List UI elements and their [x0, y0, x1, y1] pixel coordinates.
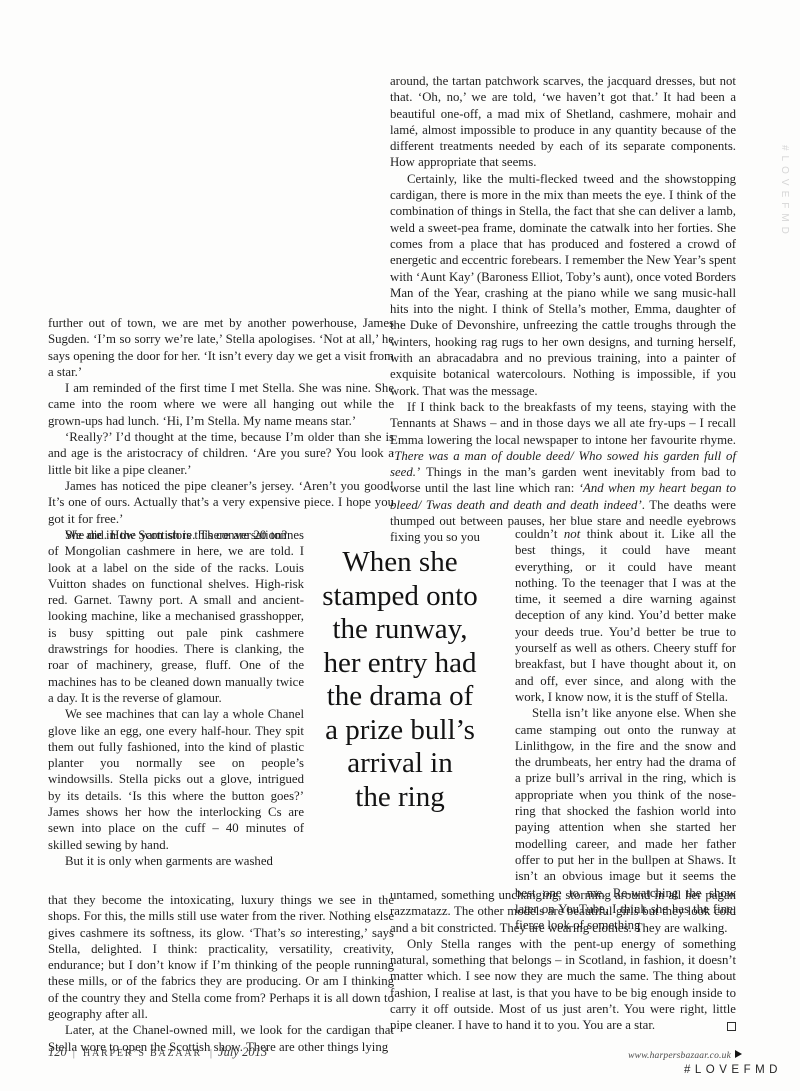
- magazine-title: HARPER’S BAZAAR: [83, 1048, 202, 1059]
- paragraph: But it is only when garments are washed: [48, 853, 304, 869]
- end-of-article-mark: [727, 1022, 736, 1031]
- paragraph: Certainly, like the multi-flecked tweed …: [390, 171, 736, 399]
- paragraph: further out of town, we are met by anoth…: [48, 315, 394, 380]
- paragraph: If I think back to the breakfasts of my …: [390, 399, 736, 546]
- issue-date: July 2013: [218, 1045, 267, 1059]
- right-column-narrow-text: couldn’t not think about it. Like all th…: [515, 526, 736, 933]
- footer-folio: 120 | HARPER’S BAZAAR | July 2013: [48, 1045, 388, 1060]
- left-column-top-text: further out of town, we are met by anoth…: [48, 315, 394, 543]
- website-url: www.harpersbazaar.co.uk: [628, 1051, 731, 1061]
- footer-watermark: www.harpersbazaar.co.uk #LOVEFMD: [542, 1045, 782, 1076]
- flag-icon: [735, 1050, 742, 1058]
- side-watermark-hashtag: #LOVEFMD: [779, 145, 790, 239]
- paragraph: Only Stella ranges with the pent-up ener…: [390, 936, 736, 1034]
- left-column-narrow-text: We are in the yarn store. There are 20 t…: [48, 527, 304, 869]
- magazine-page: further out of town, we are met by anoth…: [0, 0, 800, 1091]
- paragraph: We see machines that can lay a whole Cha…: [48, 706, 304, 853]
- watermark-hashtag: #LOVEFMD: [542, 1064, 782, 1076]
- pull-quote: When she stamped onto the runway, her en…: [286, 546, 514, 814]
- paragraph: ‘Really?’ I’d thought at the time, becau…: [48, 429, 394, 478]
- right-column-bottom-text: untamed, something unchanging, storming …: [390, 887, 736, 1034]
- paragraph: that they become the intoxicating, luxur…: [48, 892, 394, 1022]
- paragraph: I am reminded of the first time I met St…: [48, 380, 394, 429]
- paragraph: James has noticed the pipe cleaner’s jer…: [48, 478, 394, 527]
- page-number: 120: [48, 1045, 67, 1059]
- right-column-top-text: around, the tartan patchwork scarves, th…: [390, 73, 736, 546]
- footer-separator: |: [73, 1047, 75, 1059]
- paragraph: couldn’t not think about it. Like all th…: [515, 526, 736, 705]
- paragraph: untamed, something unchanging, storming …: [390, 887, 736, 936]
- footer-separator: |: [210, 1047, 212, 1059]
- paragraph: We are in the yarn store. There are 20 t…: [48, 527, 304, 706]
- paragraph: around, the tartan patchwork scarves, th…: [390, 73, 736, 171]
- left-column-bottom-text: that they become the intoxicating, luxur…: [48, 892, 394, 1055]
